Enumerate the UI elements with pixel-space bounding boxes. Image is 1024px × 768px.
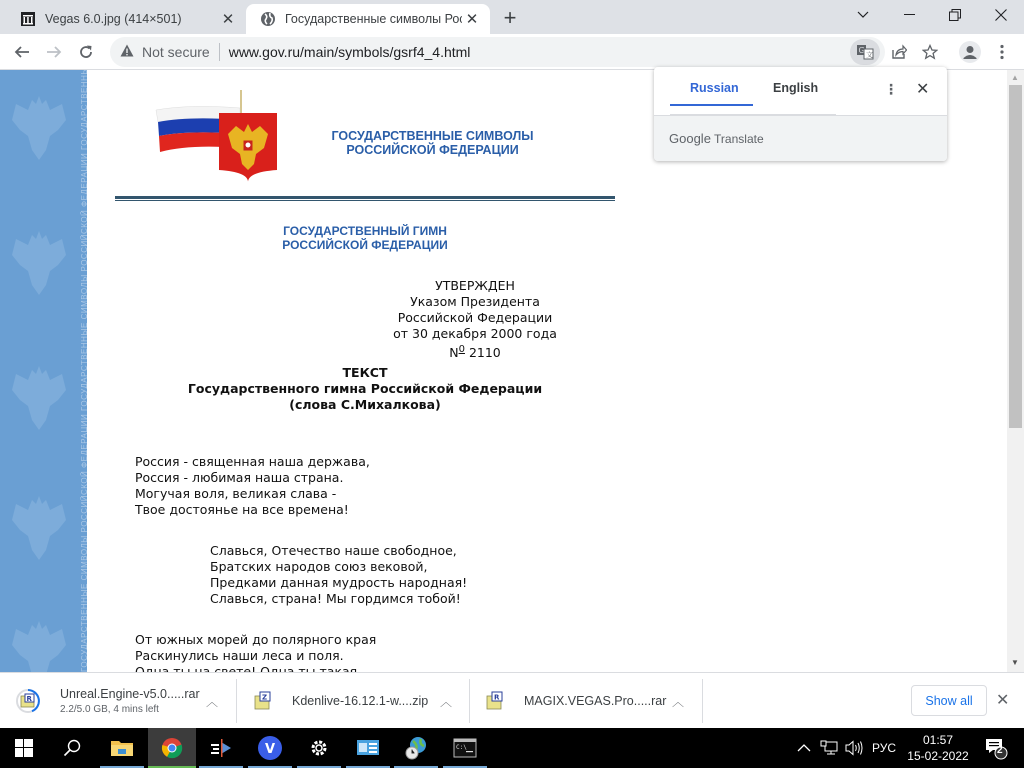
scrollbar-thumb[interactable] (1009, 85, 1022, 428)
download-item[interactable]: R Unreal.Engine-v5.0.....rar 2.2/5.0 GB,… (18, 673, 200, 729)
chevron-up-icon (797, 744, 811, 752)
control-panel-icon (356, 739, 380, 757)
download-status: 2.2/5.0 GB, 4 mins left (60, 704, 200, 715)
chevron-up-icon[interactable]: ︿ (672, 693, 684, 710)
svg-text:C:\: C:\ (456, 744, 467, 751)
warning-icon[interactable] (120, 44, 134, 60)
download-filename: Unreal.Engine-v5.0.....rar (60, 687, 200, 701)
vegas-icon: V (258, 736, 282, 760)
browser-toolbar: Not secure www.gov.ru/main/symbols/gsrf4… (0, 34, 1024, 70)
svg-text:Z: Z (262, 694, 267, 702)
terminal-icon: C:\ (453, 738, 477, 758)
divider (219, 43, 220, 61)
divider (236, 679, 237, 723)
show-all-button[interactable]: Show all (911, 685, 987, 716)
folder-icon (111, 739, 133, 757)
tab-gov-symbols[interactable]: Государственные символы Росс ✕ (246, 4, 490, 34)
scroll-down-arrow-icon[interactable]: ▼ (1011, 658, 1019, 667)
new-tab-button[interactable]: + (498, 6, 522, 30)
forward-button[interactable] (40, 38, 68, 66)
chrome-taskbar-button[interactable] (148, 728, 196, 768)
chevron-up-icon[interactable]: ︿ (440, 693, 452, 710)
tab-search-button[interactable] (840, 0, 886, 30)
divider (469, 679, 470, 723)
windows-taskbar: V C:\ РУС 01:57 15-02-2022 2 (0, 728, 1024, 768)
date-time-settings-button[interactable] (392, 728, 440, 768)
close-window-button[interactable] (978, 0, 1024, 30)
control-panel-button[interactable] (344, 728, 392, 768)
download-filename: MAGIX.VEGAS.Pro.....rar (524, 694, 666, 708)
divider (115, 196, 615, 199)
network-icon[interactable] (820, 728, 838, 768)
eagle-emblem-icon (6, 90, 72, 164)
eagle-emblem-icon (6, 360, 72, 434)
active-tab-indicator (670, 104, 753, 106)
search-button[interactable] (48, 728, 96, 768)
close-icon[interactable]: ✕ (916, 79, 929, 99)
file-explorer-button[interactable] (98, 728, 146, 768)
notification-count: 2 (997, 745, 1003, 756)
tab-strip: Vegas 6.0.jpg (414×501) ✕ Государственны… (0, 0, 1024, 34)
translate-footer: Google Translate (654, 115, 947, 161)
rar-archive-icon: R (18, 691, 40, 711)
coat-of-arms-image (218, 112, 278, 182)
svg-text:R: R (27, 695, 33, 703)
download-filename: Kdenlive-16.12.1-w....zip (292, 694, 428, 708)
close-tab-icon[interactable]: ✕ (218, 9, 238, 29)
eagle-emblem-icon (6, 615, 72, 672)
security-status[interactable]: Not secure (142, 44, 210, 60)
input-language-indicator[interactable]: РУС (872, 728, 896, 768)
svg-text:文: 文 (866, 50, 873, 59)
svg-text:V: V (265, 742, 275, 757)
zip-archive-icon: Z (254, 691, 276, 711)
eagle-emblem-icon (6, 225, 72, 299)
text-heading: ТЕКСТ Государственного гимна Российской … (160, 365, 570, 413)
windows-logo-icon (15, 739, 33, 757)
settings-button[interactable] (295, 728, 343, 768)
rar-archive-icon: R (486, 691, 508, 711)
more-options-icon[interactable]: ⋮ (884, 81, 898, 98)
decorative-sidebar: ГОСУДАРСТВЕННЫЕ СИМВОЛЫ РОССИЙСКОЙ ФЕДЕР… (0, 70, 87, 672)
gear-icon (309, 738, 329, 758)
vegas-button[interactable]: V (246, 728, 294, 768)
show-hidden-icons-button[interactable] (797, 728, 811, 768)
reload-button[interactable] (72, 38, 100, 66)
download-item[interactable]: Z Kdenlive-16.12.1-w....zip (254, 673, 428, 729)
sidebar-vertical-text: ГОСУДАРСТВЕННЫЕ СИМВОЛЫ РОССИЙСКОЙ ФЕДЕР… (78, 70, 87, 672)
verse-stanza: От южных морей до полярного края Раскину… (135, 632, 376, 672)
video-editor-button[interactable] (197, 728, 245, 768)
globe-clock-icon (404, 736, 428, 760)
downloads-bar: R Unreal.Engine-v5.0.....rar 2.2/5.0 GB,… (0, 672, 1024, 728)
back-button[interactable] (8, 38, 36, 66)
tab-title: Государственные символы Росс (285, 12, 462, 26)
scroll-up-arrow-icon[interactable]: ▲ (1011, 73, 1019, 82)
tab-target-language[interactable]: English (773, 81, 818, 105)
close-downloads-icon[interactable]: ✕ (996, 690, 1009, 710)
close-tab-icon[interactable]: ✕ (462, 9, 482, 29)
url-text[interactable]: www.gov.ru/main/symbols/gsrf4_4.html (229, 44, 471, 60)
profile-avatar[interactable] (957, 39, 983, 65)
language-tabs: Russian English (670, 67, 836, 115)
verse-stanza: Россия - священная наша держава, Россия … (135, 454, 370, 518)
taskbar-clock[interactable]: 01:57 15-02-2022 (903, 732, 973, 764)
divider (115, 200, 615, 201)
video-editor-icon (209, 738, 233, 758)
start-button[interactable] (0, 728, 48, 768)
globe-icon (260, 11, 276, 27)
bookmark-star-icon[interactable] (917, 39, 943, 65)
notification-center-button[interactable]: 2 (985, 728, 1009, 768)
svg-text:R: R (494, 694, 500, 702)
tab-vegas-image[interactable]: Vegas 6.0.jpg (414×501) ✕ (6, 4, 246, 34)
chorus-stanza: Славься, Отечество наше свободное, Братс… (210, 543, 467, 607)
chevron-up-icon[interactable]: ︿ (206, 693, 218, 710)
minimize-button[interactable] (886, 0, 932, 30)
terminal-button[interactable]: C:\ (441, 728, 489, 768)
translate-popup: Russian English ⋮ ✕ Google Translate (654, 67, 947, 161)
translate-icon[interactable]: G文 (850, 39, 880, 65)
decree-number: N0 2110 (360, 342, 590, 361)
search-icon (63, 739, 81, 757)
restore-button[interactable] (932, 0, 978, 30)
page-scrollbar[interactable]: ▲ ▼ (1007, 70, 1024, 672)
address-bar[interactable]: Not secure www.gov.ru/main/symbols/gsrf4… (110, 37, 885, 67)
site-title: ГОСУДАРСТВЕННЫЕ СИМВОЛЫ РОССИЙСКОЙ ФЕДЕР… (320, 129, 545, 157)
chrome-menu-icon[interactable] (989, 39, 1015, 65)
google-translate-brand: Google Translate (669, 131, 764, 146)
share-icon[interactable] (886, 39, 912, 65)
eagle-emblem-icon (6, 490, 72, 564)
approval-block: УТВЕРЖДЕН Указом Президента Российской Ф… (360, 278, 590, 361)
anthem-heading: ГОСУДАРСТВЕННЫЙ ГИМН РОССИЙСКОЙ ФЕДЕРАЦИ… (265, 224, 465, 252)
tab-source-language[interactable]: Russian (690, 81, 739, 105)
chrome-icon (161, 737, 183, 759)
tab-title: Vegas 6.0.jpg (414×501) (45, 12, 218, 26)
download-item[interactable]: R MAGIX.VEGAS.Pro.....rar (486, 673, 666, 729)
volume-icon[interactable] (845, 728, 863, 768)
divider (702, 679, 703, 723)
image-file-icon (20, 11, 36, 27)
